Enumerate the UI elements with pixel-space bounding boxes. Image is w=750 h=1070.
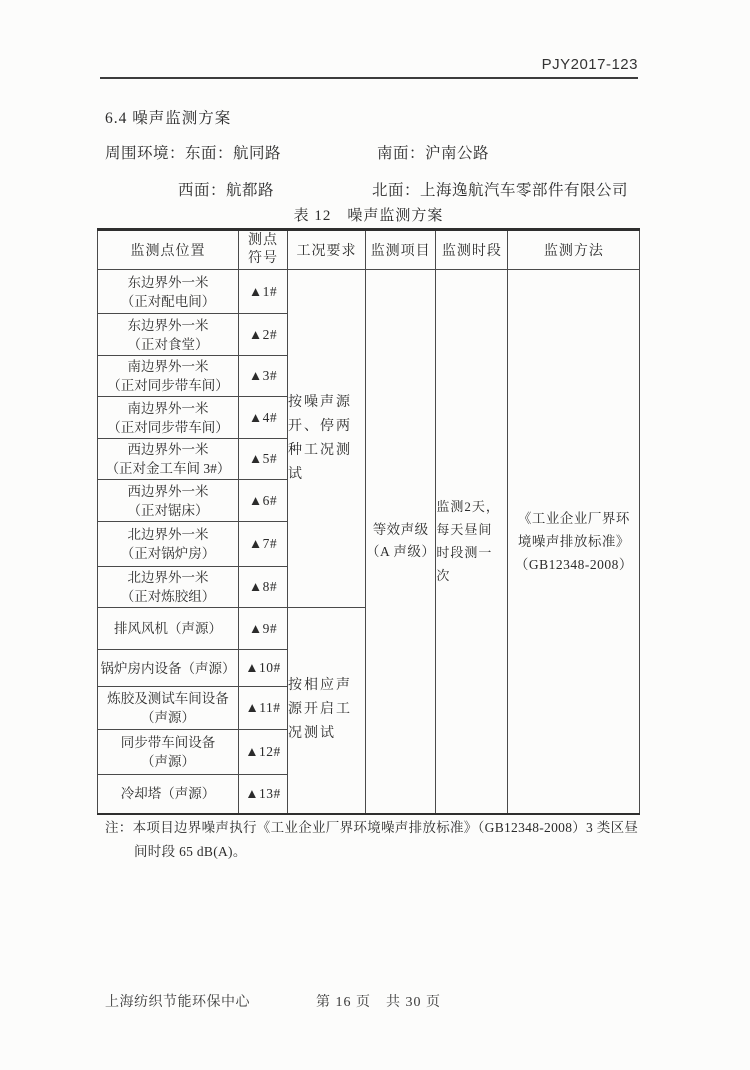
location-cell: 排风风机（声源） — [98, 608, 239, 650]
table-header-row: 监测点位置 测点 符号 工况要求 监测项目 监测时段 监测方法 — [98, 230, 640, 270]
symbol-cell: ▲8# — [239, 567, 288, 608]
symbol-cell: ▲3# — [239, 356, 288, 397]
table-note: 注：本项目边界噪声执行《工业企业厂界环境噪声排放标准》（GB12348-2008… — [105, 816, 694, 864]
header-item: 监测项目 — [366, 230, 436, 270]
location-cell: 西边界外一米 （正对锯床） — [98, 480, 239, 522]
monitoring-item-cell: 等效声级 （A 声级） — [366, 270, 436, 814]
footer-page-number: 第 16 页 共 30 页 — [316, 991, 441, 1011]
header-rule — [100, 77, 638, 79]
noise-monitoring-table: 监测点位置 测点 符号 工况要求 监测项目 监测时段 监测方法 东边界外一米 （… — [97, 228, 640, 815]
location-cell: 炼胶及测试车间设备 （声源） — [98, 687, 239, 730]
location-cell: 同步带车间设备 （声源） — [98, 730, 239, 775]
environment-north: 北面：上海逸航汽车零部件有限公司 — [372, 178, 628, 200]
location-cell: 冷却塔（声源） — [98, 775, 239, 814]
monitoring-period-cell: 监测2天， 每天昼间 时段测一 次 — [436, 270, 508, 814]
section-title: 6.4 噪声监测方案 — [105, 106, 231, 128]
symbol-cell: ▲5# — [239, 439, 288, 480]
header-period: 监测时段 — [436, 230, 508, 270]
symbol-cell: ▲9# — [239, 608, 288, 650]
environment-south: 南面：沪南公路 — [377, 141, 489, 163]
symbol-cell: ▲11# — [239, 687, 288, 730]
location-cell: 锅炉房内设备（声源） — [98, 650, 239, 687]
location-cell: 南边界外一米 （正对同步带车间） — [98, 356, 239, 397]
table-caption: 表 12 噪声监测方案 — [97, 204, 640, 225]
location-cell: 西边界外一米 （正对金工车间 3#） — [98, 439, 239, 480]
symbol-cell: ▲7# — [239, 522, 288, 567]
condition-cell-rows-1-8: 按噪声源 开、停两 种工况测 试 — [288, 270, 366, 608]
symbol-cell: ▲10# — [239, 650, 288, 687]
environment-label: 周围环境： — [105, 145, 185, 162]
environment-east: 周围环境：东面：航同路 — [105, 141, 281, 163]
location-cell: 南边界外一米 （正对同步带车间） — [98, 397, 239, 439]
condition-cell-rows-9-13: 按相应声 源开启工 况测试 — [288, 608, 366, 814]
environment-east-value: 东面：航同路 — [185, 145, 281, 162]
environment-west: 西面：航都路 — [178, 178, 274, 200]
symbol-cell: ▲1# — [239, 270, 288, 314]
monitoring-method-cell: 《工业企业厂界环 境噪声排放标准》 （GB12348-2008） — [508, 270, 640, 814]
location-cell: 东边界外一米 （正对食堂） — [98, 314, 239, 356]
header-method: 监测方法 — [508, 230, 640, 270]
header-location: 监测点位置 — [98, 230, 239, 270]
doc-code: PJY2017-123 — [0, 56, 638, 73]
symbol-cell: ▲4# — [239, 397, 288, 439]
symbol-cell: ▲6# — [239, 480, 288, 522]
location-cell: 北边界外一米 （正对锅炉房） — [98, 522, 239, 567]
footer-organization: 上海纺织节能环保中心 — [105, 991, 250, 1011]
location-cell: 东边界外一米 （正对配电间） — [98, 270, 239, 314]
header-symbol: 测点 符号 — [239, 230, 288, 270]
table-row: 东边界外一米 （正对配电间） ▲1# 按噪声源 开、停两 种工况测 试 等效声级… — [98, 270, 640, 314]
symbol-cell: ▲2# — [239, 314, 288, 356]
location-cell: 北边界外一米 （正对炼胶组） — [98, 567, 239, 608]
document-page: PJY2017-123 6.4 噪声监测方案 周围环境：东面：航同路 南面：沪南… — [0, 0, 750, 1070]
symbol-cell: ▲12# — [239, 730, 288, 775]
header-condition: 工况要求 — [288, 230, 366, 270]
symbol-cell: ▲13# — [239, 775, 288, 814]
